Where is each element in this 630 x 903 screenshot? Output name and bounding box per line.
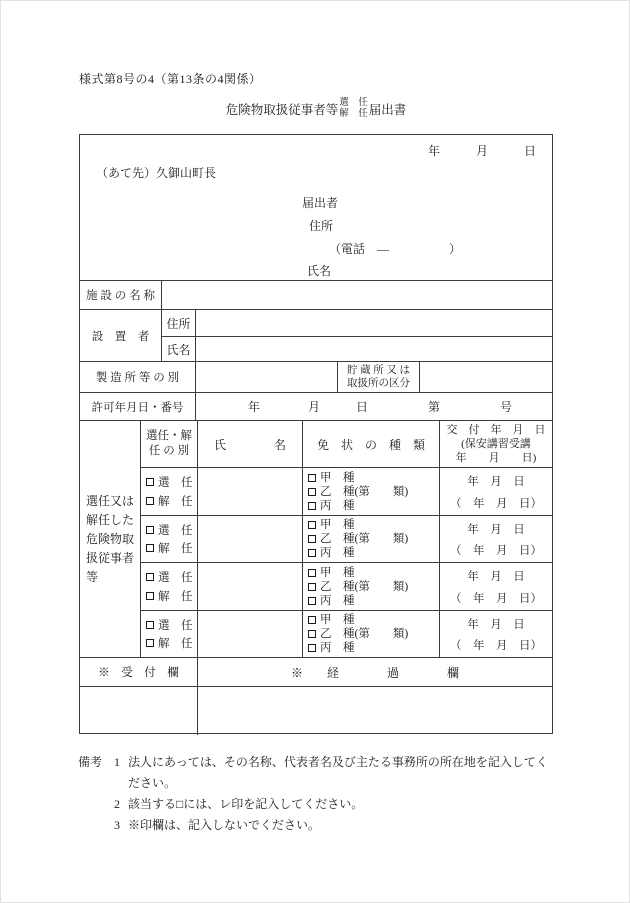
issue-date-label: 年 月 日 xyxy=(467,568,525,584)
license-type-cell: 甲 種 乙 種(第 類) 丙 種 xyxy=(302,610,439,657)
category-input-cell[interactable] xyxy=(195,362,337,392)
license-kou-checkbox[interactable] xyxy=(308,569,316,577)
dismiss-checkbox[interactable] xyxy=(146,544,154,552)
addressee-label: （あて先）久御山町長 xyxy=(96,164,216,181)
side-label-line4: 扱従事者 xyxy=(86,549,140,568)
progress-column-label: ※ 経 過 欄 xyxy=(197,658,552,686)
appointment-table: 選任又は 解任した 危険物取 扱従事者 等 選任・解 任 の 別 氏 名 免 状… xyxy=(80,420,552,657)
license-hei-checkbox[interactable] xyxy=(308,502,316,510)
remarks-heading: 備考 xyxy=(78,752,104,773)
form-title-appoint: 選 任 xyxy=(339,98,368,109)
issue-date-cell: 年 月 日 （ 年 月 日） xyxy=(439,562,552,610)
license-kou-checkbox[interactable] xyxy=(308,521,316,529)
storage-class-label-line2: 取扱所の区分 xyxy=(347,377,410,390)
name-input-cell[interactable] xyxy=(197,610,302,657)
appoint-label: 選 任 xyxy=(158,474,193,490)
license-hei-checkbox[interactable] xyxy=(308,644,316,652)
remark-item: 3 ※印欄は、記入しないでください。 xyxy=(78,815,558,836)
remark-number: 3 xyxy=(108,815,120,836)
license-kou-label: 甲 種 xyxy=(320,471,355,485)
remark-text: 該当する□には、レ印を記入してください。 xyxy=(128,794,558,815)
remark-item: 備考 1 法人にあっては、その名称、代表者名及び主たる事務所の所在地を記入してく… xyxy=(78,752,558,794)
appoint-checkbox[interactable] xyxy=(146,526,154,534)
issue-date-cell: 年 月 日 （ 年 月 日） xyxy=(439,467,552,515)
side-label-line2: 解任した xyxy=(86,511,140,530)
name-input-cell[interactable] xyxy=(197,562,302,610)
issue-date-label: 年 月 日 xyxy=(467,616,525,632)
license-kou-checkbox[interactable] xyxy=(308,616,316,624)
issue-date-cell: 年 月 日 （ 年 月 日） xyxy=(439,610,552,657)
license-hei-label: 丙 種 xyxy=(320,641,355,655)
license-kou-label: 甲 種 xyxy=(320,566,355,580)
name-input-cell[interactable] xyxy=(197,515,302,562)
col-header-select-line2: 任 の 別 xyxy=(149,444,189,459)
license-hei-checkbox[interactable] xyxy=(308,597,316,605)
license-kou-label: 甲 種 xyxy=(320,518,355,532)
license-kou-label: 甲 種 xyxy=(320,613,355,627)
col-header-issue-line3: 年 月 日) xyxy=(456,451,537,465)
appoint-checkbox[interactable] xyxy=(146,621,154,629)
permit-value-cell[interactable]: 年 月 日 第 号 xyxy=(195,393,552,420)
issue-date-label: 年 月 日 xyxy=(467,473,525,489)
side-label-line1: 選任又は xyxy=(86,492,140,511)
storage-class-input-cell[interactable] xyxy=(419,362,552,392)
dismiss-label: 解 任 xyxy=(158,635,193,651)
license-type-cell: 甲 種 乙 種(第 類) 丙 種 xyxy=(302,467,439,515)
remarks-section: 備考 1 法人にあっては、その名称、代表者名及び主たる事務所の所在地を記入してく… xyxy=(78,752,558,836)
installer-address-input-cell[interactable] xyxy=(195,310,552,336)
license-otsu-checkbox[interactable] xyxy=(308,583,316,591)
issue-date-label: 年 月 日 xyxy=(467,521,525,537)
facility-name-input-cell[interactable] xyxy=(161,281,552,309)
license-hei-label: 丙 種 xyxy=(320,546,355,560)
form-title-dismiss: 解 任 xyxy=(339,109,368,120)
notifier-label: 届出者 xyxy=(302,194,338,211)
remark-text: 法人にあっては、その名称、代表者名及び主たる事務所の所在地を記入してください。 xyxy=(128,752,558,794)
license-hei-label: 丙 種 xyxy=(320,594,355,608)
col-header-issue-line1: 交 付 年 月 日 xyxy=(447,423,546,437)
installer-address-label: 住所 xyxy=(161,310,195,336)
appoint-dismiss-cell: 選 任 解 任 xyxy=(140,562,197,610)
installer-section: 設 置 者 住所 氏名 xyxy=(80,309,552,361)
name-input-cell[interactable] xyxy=(197,467,302,515)
license-otsu-checkbox[interactable] xyxy=(308,630,316,638)
permit-label: 許可年月日・番号 xyxy=(80,393,195,420)
installer-name-input-cell[interactable] xyxy=(195,336,552,361)
appoint-label: 選 任 xyxy=(158,617,193,633)
license-otsu-checkbox[interactable] xyxy=(308,535,316,543)
office-use-body-row xyxy=(80,686,552,735)
appoint-dismiss-cell: 選 任 解 任 xyxy=(140,515,197,562)
appoint-checkbox[interactable] xyxy=(146,573,154,581)
form-page: 様式第8号の4（第13条の4関係） 危険物取扱従事者等 選 任 解 任 届出書 … xyxy=(0,0,630,903)
facility-name-row: 施 設 の 名 称 xyxy=(80,280,552,309)
form-title-suffix: 届出書 xyxy=(369,100,407,118)
license-type-cell: 甲 種 乙 種(第 類) 丙 種 xyxy=(302,562,439,610)
form-title-prefix: 危険物取扱従事者等 xyxy=(226,100,339,118)
reception-input-cell xyxy=(80,687,197,735)
license-hei-label: 丙 種 xyxy=(320,499,355,513)
form-code: 様式第8号の4（第13条の4関係） xyxy=(79,70,262,87)
storage-class-label: 貯 蔵 所 又 は 取扱所の区分 xyxy=(337,362,419,392)
installer-label: 設 置 者 xyxy=(80,310,161,361)
notifier-address-label: 住所 xyxy=(309,217,333,234)
training-date-label: （ 年 月 日） xyxy=(450,542,542,558)
license-kou-checkbox[interactable] xyxy=(308,474,316,482)
dismiss-label: 解 任 xyxy=(158,588,193,604)
appoint-label: 選 任 xyxy=(158,522,193,538)
category-row: 製 造 所 等 の 別 貯 蔵 所 又 は 取扱所の区分 xyxy=(80,361,552,392)
license-otsu-label: 乙 種(第 類) xyxy=(320,485,408,499)
license-otsu-checkbox[interactable] xyxy=(308,488,316,496)
category-label: 製 造 所 等 の 別 xyxy=(80,362,195,392)
form-title-stack: 選 任 解 任 xyxy=(339,98,368,120)
storage-class-label-line1: 貯 蔵 所 又 は xyxy=(347,364,410,377)
progress-input-cell xyxy=(197,687,552,735)
facility-name-label: 施 設 の 名 称 xyxy=(80,281,161,309)
remark-number: 1 xyxy=(108,752,120,773)
license-hei-checkbox[interactable] xyxy=(308,549,316,557)
col-header-select: 選任・解 任 の 別 xyxy=(140,421,197,467)
license-otsu-label: 乙 種(第 類) xyxy=(320,580,408,594)
header-section: 年 月 日 （あて先）久御山町長 届出者 住所 （電話 ― ） 氏名 xyxy=(80,135,552,280)
office-use-header-row: ※ 受 付 欄 ※ 経 過 欄 xyxy=(80,657,552,686)
main-form-table: 年 月 日 （あて先）久御山町長 届出者 住所 （電話 ― ） 氏名 施 設 の… xyxy=(79,134,553,734)
appoint-label: 選 任 xyxy=(158,569,193,585)
training-date-label: （ 年 月 日） xyxy=(450,590,542,606)
dismiss-checkbox[interactable] xyxy=(146,497,154,505)
training-date-label: （ 年 月 日） xyxy=(450,495,542,511)
appointment-side-label: 選任又は 解任した 危険物取 扱従事者 等 xyxy=(80,421,140,657)
remark-number: 2 xyxy=(108,794,120,815)
dismiss-label: 解 任 xyxy=(158,540,193,556)
submission-date-label: 年 月 日 xyxy=(428,142,536,159)
installer-name-label: 氏名 xyxy=(161,336,195,361)
permit-row: 許可年月日・番号 年 月 日 第 号 xyxy=(80,392,552,420)
license-otsu-label: 乙 種(第 類) xyxy=(320,627,408,641)
col-header-select-line1: 選任・解 xyxy=(146,429,192,444)
side-label-line5: 等 xyxy=(86,568,140,587)
training-date-label: （ 年 月 日） xyxy=(450,637,542,653)
col-header-license: 免 状 の 種 類 xyxy=(302,421,439,467)
notifier-name-label: 氏名 xyxy=(307,262,331,279)
appoint-dismiss-cell: 選 任 解 任 xyxy=(140,467,197,515)
license-otsu-label: 乙 種(第 類) xyxy=(320,532,408,546)
dismiss-label: 解 任 xyxy=(158,493,193,509)
col-header-issue-date: 交 付 年 月 日 (保安講習受講 年 月 日) xyxy=(439,421,552,467)
side-label-line3: 危険物取 xyxy=(86,530,140,549)
reception-column-label: ※ 受 付 欄 xyxy=(80,658,197,686)
remark-text: ※印欄は、記入しないでください。 xyxy=(128,815,558,836)
col-header-name: 氏 名 xyxy=(197,421,302,467)
remark-item: 2 該当する□には、レ印を記入してください。 xyxy=(78,794,558,815)
notifier-tel-label: （電話 ― ） xyxy=(329,240,461,257)
dismiss-checkbox[interactable] xyxy=(146,639,154,647)
appoint-checkbox[interactable] xyxy=(146,478,154,486)
col-header-issue-line2: (保安講習受講 xyxy=(461,437,531,451)
issue-date-cell: 年 月 日 （ 年 月 日） xyxy=(439,515,552,562)
form-title: 危険物取扱従事者等 選 任 解 任 届出書 xyxy=(1,98,630,120)
appoint-dismiss-cell: 選 任 解 任 xyxy=(140,610,197,657)
license-type-cell: 甲 種 乙 種(第 類) 丙 種 xyxy=(302,515,439,562)
dismiss-checkbox[interactable] xyxy=(146,592,154,600)
